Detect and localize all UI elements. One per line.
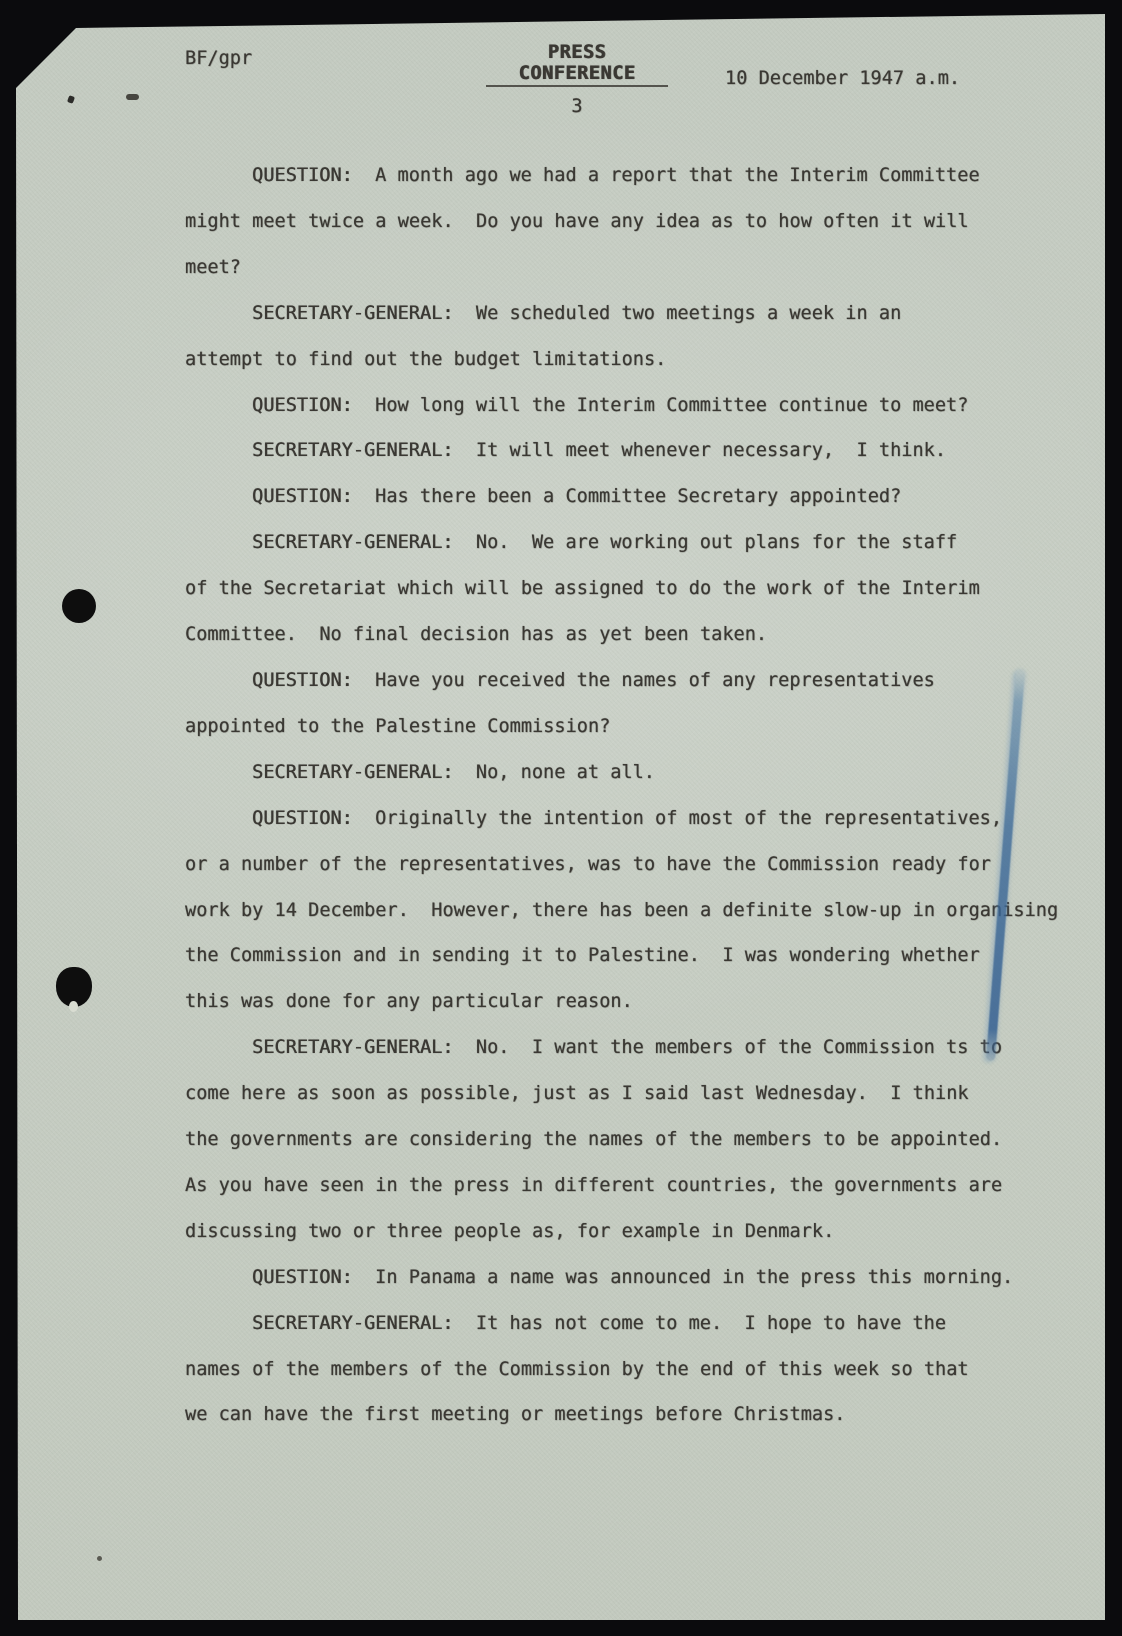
paragraph: QUESTION: Has there been a Committee Sec… xyxy=(185,474,1095,520)
document-page: BF/gpr PRESS CONFERENCE 3 10 December 19… xyxy=(16,12,1107,1622)
paragraph: QUESTION: Have you received the names of… xyxy=(185,658,1095,750)
page-number: 3 xyxy=(486,96,668,117)
paragraph-line: appointed to the Palestine Commission? xyxy=(185,704,1095,750)
paragraph-line: meet? xyxy=(185,245,1095,291)
speaker-label: QUESTION: xyxy=(252,486,353,507)
speaker-label: SECRETARY-GENERAL: xyxy=(252,303,454,324)
paragraph-line: we can have the first meeting or meeting… xyxy=(185,1392,1095,1438)
speaker-label: QUESTION: xyxy=(252,395,353,416)
paragraph-line: attempt to find out the budget limitatio… xyxy=(185,337,1095,383)
scan-speck xyxy=(126,94,139,100)
paragraph-line: Has there been a Committee Secretary app… xyxy=(353,486,902,507)
paragraph-line: No. We are working out plans for the sta… xyxy=(454,532,958,553)
speaker-label: SECRETARY-GENERAL: xyxy=(252,1313,454,1334)
paragraph-line: come here as soon as possible, just as I… xyxy=(185,1071,1095,1117)
paragraph-line: the governments are considering the name… xyxy=(185,1117,1095,1163)
paragraph: SECRETARY-GENERAL: No. We are working ou… xyxy=(185,520,1095,658)
speaker-label: SECRETARY-GENERAL: xyxy=(252,532,454,553)
hole-punch-top xyxy=(62,589,96,623)
transcript: QUESTION: A month ago we had a report th… xyxy=(185,153,1095,1438)
paragraph-line: In Panama a name was announced in the pr… xyxy=(353,1267,1013,1288)
paragraph-line: As you have seen in the press in differe… xyxy=(185,1163,1095,1209)
paragraph: SECRETARY-GENERAL: It will meet whenever… xyxy=(185,428,1095,474)
paragraph-line: the Commission and in sending it to Pale… xyxy=(185,933,1095,979)
paragraph-line: might meet twice a week. Do you have any… xyxy=(185,199,1095,245)
speaker-label: SECRETARY-GENERAL: xyxy=(252,1037,454,1058)
paragraph-line: work by 14 December. However, there has … xyxy=(185,888,1095,934)
paragraph-line: discussing two or three people as, for e… xyxy=(185,1209,1095,1255)
scan-background: { "page": { "background_color": "#0b0b0d… xyxy=(0,0,1122,1636)
paragraph-line: Committee. No final decision has as yet … xyxy=(185,612,1095,658)
paragraph-line: Have you received the names of any repre… xyxy=(353,670,935,691)
hole-punch-bottom xyxy=(56,967,92,1007)
paragraph-line: It will meet whenever necessary, I think… xyxy=(454,440,947,461)
scan-speck xyxy=(97,1556,102,1561)
paragraph: QUESTION: How long will the Interim Comm… xyxy=(185,383,1095,429)
title-block: PRESS CONFERENCE 3 xyxy=(486,42,668,117)
speaker-label: SECRETARY-GENERAL: xyxy=(252,762,454,783)
paragraph-line: No, none at all. xyxy=(454,762,656,783)
paragraph: SECRETARY-GENERAL: No, none at all. xyxy=(185,750,1095,796)
paragraph: QUESTION: In Panama a name was announced… xyxy=(185,1255,1095,1301)
speaker-label: QUESTION: xyxy=(252,165,353,186)
paragraph-line: We scheduled two meetings a week in an xyxy=(454,303,902,324)
paragraph: QUESTION: Originally the intention of mo… xyxy=(185,796,1095,1026)
speaker-label: SECRETARY-GENERAL: xyxy=(252,440,454,461)
paragraph: QUESTION: A month ago we had a report th… xyxy=(185,153,1095,291)
speaker-label: QUESTION: xyxy=(252,1267,353,1288)
paragraph-line: A month ago we had a report that the Int… xyxy=(353,165,980,186)
document-title: PRESS CONFERENCE xyxy=(486,42,668,87)
reference-code: BF/gpr xyxy=(185,48,252,69)
paragraph-line: No. I want the members of the Commission… xyxy=(454,1037,1003,1058)
paragraph-line: How long will the Interim Committee cont… xyxy=(353,395,969,416)
speaker-label: QUESTION: xyxy=(252,670,353,691)
paragraph: SECRETARY-GENERAL: No. I want the member… xyxy=(185,1025,1095,1255)
paragraph: SECRETARY-GENERAL: It has not come to me… xyxy=(185,1301,1095,1439)
paragraph: SECRETARY-GENERAL: We scheduled two meet… xyxy=(185,291,1095,383)
speaker-label: QUESTION: xyxy=(252,808,353,829)
document-date: 10 December 1947 a.m. xyxy=(725,68,960,89)
paragraph-line: of the Secretariat which will be assigne… xyxy=(185,566,1095,612)
paragraph-line: Originally the intention of most of the … xyxy=(353,808,1002,829)
scan-speck xyxy=(67,95,75,104)
paragraph-line: this was done for any particular reason. xyxy=(185,979,1095,1025)
paragraph-line: names of the members of the Commission b… xyxy=(185,1347,1095,1393)
paragraph-line: It has not come to me. I hope to have th… xyxy=(454,1313,947,1334)
paragraph-line: or a number of the representatives, was … xyxy=(185,842,1095,888)
